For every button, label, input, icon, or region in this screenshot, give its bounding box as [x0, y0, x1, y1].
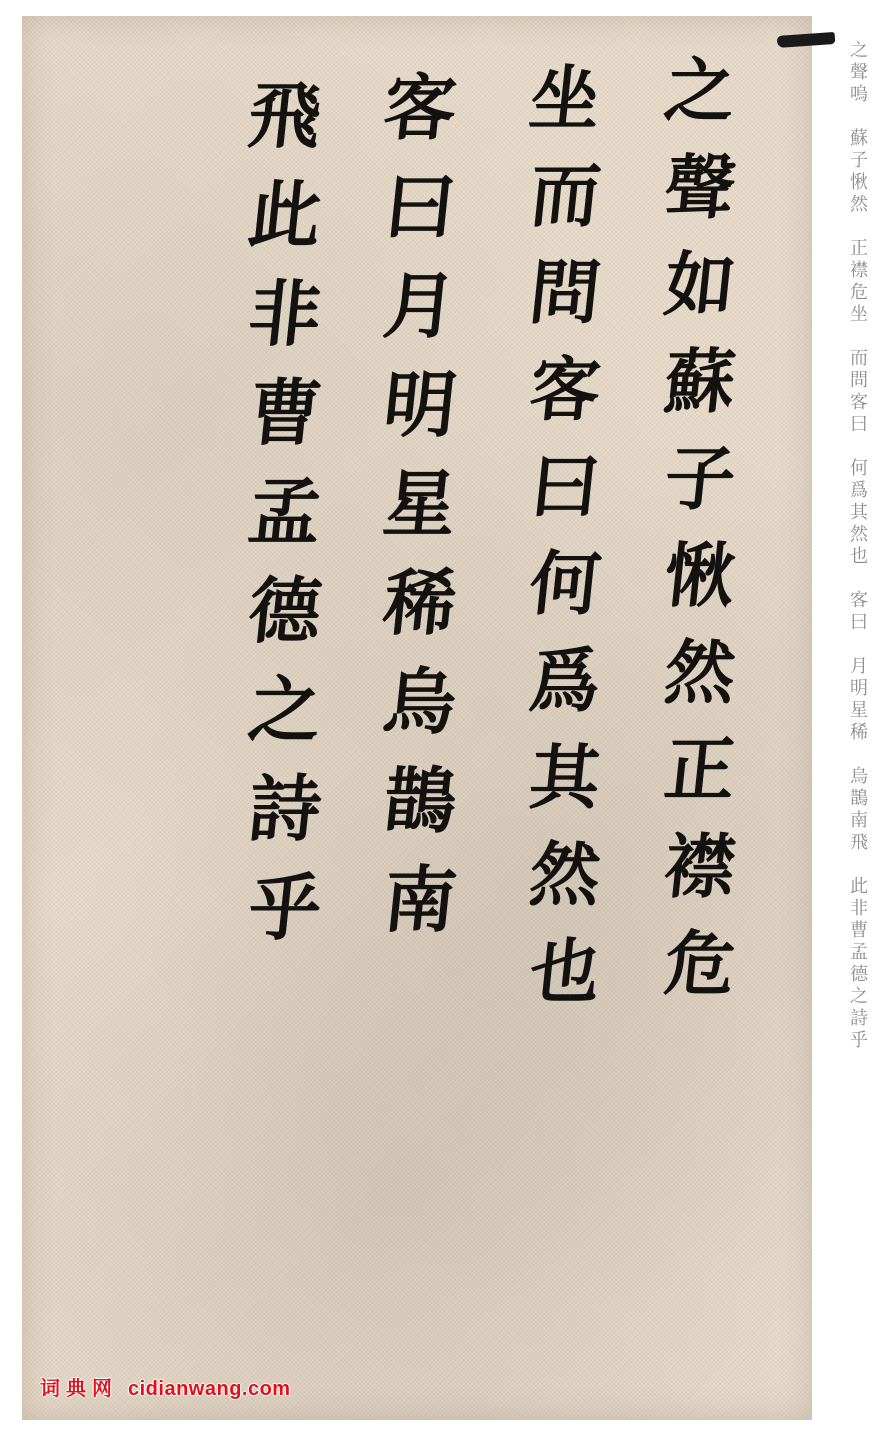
calligraphy-char: 飛 — [245, 80, 325, 152]
annotation-char: 乎 — [850, 1030, 868, 1052]
annotation-char: 子 — [850, 150, 868, 172]
annotation-char: 聲 — [850, 62, 868, 84]
calligraphy-column: 客曰月明星稀烏鵲南 — [384, 72, 456, 936]
calligraphy-char: 聲 — [661, 153, 738, 223]
annotation-group: 蘇子愀然 — [850, 128, 868, 216]
annotation-char: 嗚 — [850, 84, 868, 106]
annotation-char: 坐 — [850, 304, 868, 326]
calligraphy-char: 襟 — [661, 832, 738, 902]
calligraphy-char: 之 — [245, 674, 325, 746]
annotation-char: 鵲 — [850, 788, 868, 810]
annotation-char: 然 — [850, 194, 868, 216]
calligraphy-char: 子 — [661, 444, 738, 514]
annotation-char: 曰 — [850, 414, 868, 436]
annotation-group: 烏鵲南飛 — [850, 766, 868, 854]
calligraphy-char: 此 — [245, 179, 325, 251]
calligraphy-char: 明 — [380, 369, 460, 441]
annotation-group: 客曰 — [850, 590, 868, 634]
annotation-char: 孟 — [850, 942, 868, 964]
calligraphy-char: 南 — [380, 864, 460, 936]
calligraphy-char: 客 — [526, 355, 603, 425]
annotation-group: 而問客曰 — [850, 348, 868, 436]
annotation-char: 問 — [850, 370, 868, 392]
annotation-column: 之聲嗚蘇子愀然正襟危坐而問客曰何爲其然也客曰月明星稀烏鵲南飛此非曹孟德之詩乎 — [842, 40, 876, 1074]
calligraphy-char: 愀 — [661, 541, 738, 611]
calligraphy-char: 然 — [661, 638, 738, 708]
annotation-group: 此非曹孟德之詩乎 — [850, 876, 868, 1052]
annotation-char: 詩 — [850, 1008, 868, 1030]
annotation-char: 之 — [850, 40, 868, 62]
annotation-group: 正襟危坐 — [850, 238, 868, 326]
calligraphy-char: 何 — [526, 549, 603, 619]
calligraphy-char: 星 — [380, 468, 460, 540]
annotation-char: 德 — [850, 964, 868, 986]
calligraphy-paper: 之聲如蘇子愀然正襟危坐而問客曰何爲其然也客曰月明星稀烏鵲南飛此非曹孟德之詩乎 — [22, 16, 812, 1420]
calligraphy-char: 客 — [380, 72, 460, 144]
calligraphy-char: 爲 — [526, 646, 603, 716]
annotation-char: 愀 — [850, 172, 868, 194]
calligraphy-char: 稀 — [380, 567, 460, 639]
annotation-char: 危 — [850, 282, 868, 304]
calligraphy-column: 坐而問客曰何爲其然也 — [530, 64, 600, 1007]
calligraphy-char: 蘇 — [661, 347, 738, 417]
calligraphy-char: 之 — [661, 56, 738, 126]
calligraphy-char: 如 — [661, 250, 738, 320]
calligraphy-char: 正 — [661, 735, 738, 805]
annotation-char: 正 — [850, 238, 868, 260]
annotation-char: 也 — [850, 546, 868, 568]
calligraphy-char: 坐 — [526, 64, 603, 134]
annotation-char: 曹 — [850, 920, 868, 942]
annotation-char: 何 — [850, 458, 868, 480]
calligraphy-char: 非 — [245, 278, 325, 350]
calligraphy-char: 曰 — [380, 171, 460, 243]
annotation-char: 襟 — [850, 260, 868, 282]
calligraphy-char: 問 — [526, 258, 603, 328]
annotation-char: 客 — [850, 392, 868, 414]
calligraphy-char: 曰 — [526, 452, 603, 522]
calligraphy-char: 然 — [526, 840, 603, 910]
ink-mark — [777, 32, 836, 48]
calligraphy-char: 乎 — [245, 872, 325, 944]
annotation-char: 南 — [850, 810, 868, 832]
watermark-domain: cidianwang.com — [128, 1378, 291, 1400]
calligraphy-char: 孟 — [245, 476, 325, 548]
calligraphy-char: 烏 — [380, 666, 460, 738]
annotation-char: 之 — [850, 986, 868, 1008]
calligraphy-char: 也 — [526, 937, 603, 1007]
calligraphy-column: 之聲如蘇子愀然正襟危 — [665, 56, 735, 999]
annotation-char: 星 — [850, 700, 868, 722]
calligraphy-char: 其 — [526, 743, 603, 813]
annotation-char: 然 — [850, 524, 868, 546]
annotation-group: 何爲其然也 — [850, 458, 868, 568]
annotation-char: 蘇 — [850, 128, 868, 150]
annotation-char: 非 — [850, 898, 868, 920]
calligraphy-char: 而 — [526, 161, 603, 231]
annotation-char: 飛 — [850, 832, 868, 854]
annotation-char: 此 — [850, 876, 868, 898]
annotation-char: 明 — [850, 678, 868, 700]
calligraphy-column: 飛此非曹孟德之詩乎 — [249, 80, 321, 944]
annotation-char: 而 — [850, 348, 868, 370]
annotation-char: 其 — [850, 502, 868, 524]
annotation-char: 客 — [850, 590, 868, 612]
calligraphy-char: 月 — [380, 270, 460, 342]
watermark-cn: 词典网 — [40, 1378, 118, 1400]
calligraphy-char: 鵲 — [380, 765, 460, 837]
annotation-char: 月 — [850, 656, 868, 678]
annotation-group: 之聲嗚 — [850, 40, 868, 106]
annotation-char: 稀 — [850, 722, 868, 744]
annotation-group: 月明星稀 — [850, 656, 868, 744]
watermark: 词典网cidianwang.com — [40, 1372, 291, 1401]
calligraphy-char: 危 — [661, 929, 738, 999]
calligraphy-char: 詩 — [245, 773, 325, 845]
annotation-char: 曰 — [850, 612, 868, 634]
annotation-char: 爲 — [850, 480, 868, 502]
calligraphy-char: 曹 — [245, 377, 325, 449]
calligraphy-char: 德 — [245, 575, 325, 647]
annotation-char: 烏 — [850, 766, 868, 788]
